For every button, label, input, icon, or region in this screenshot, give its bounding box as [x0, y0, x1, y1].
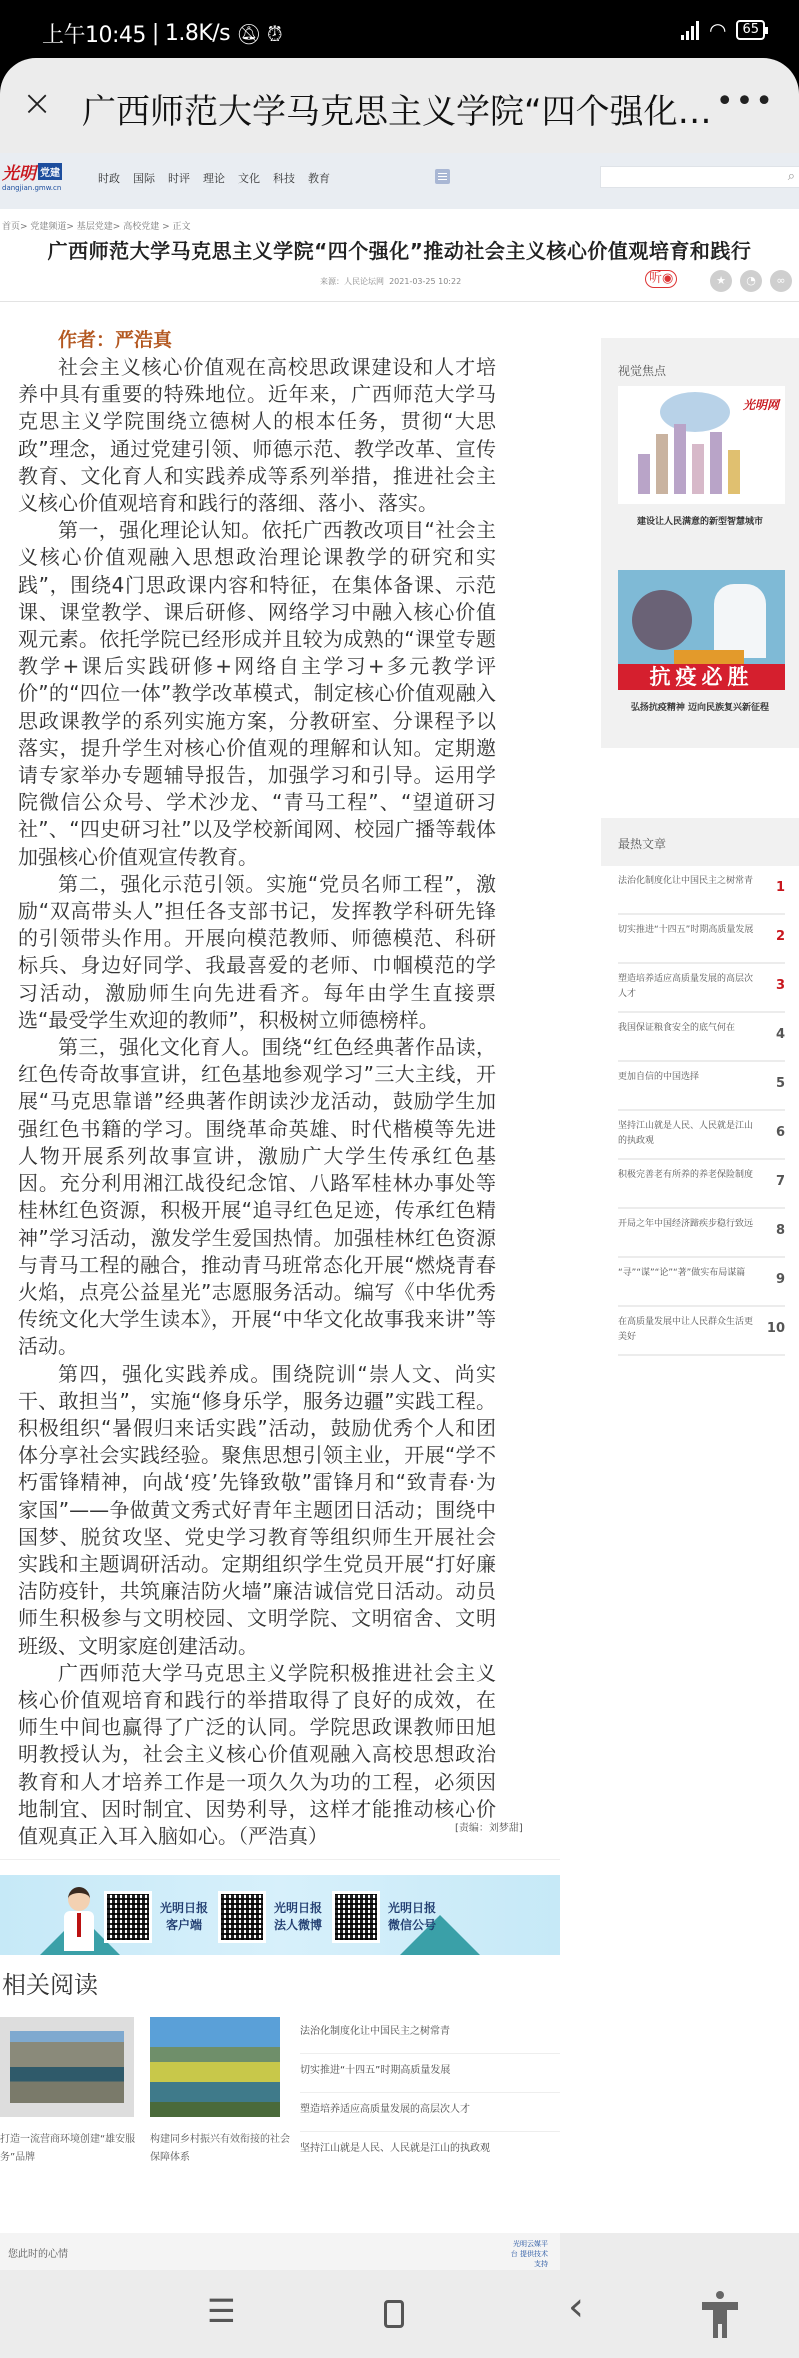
recent-apps-icon[interactable]: ☰ [207, 2292, 236, 2330]
wifi-icon: ◠ [709, 18, 726, 42]
accessibility-icon[interactable] [698, 2290, 742, 2340]
weibo-share-icon[interactable]: ∞ [770, 270, 792, 292]
back-icon[interactable]: ‹ [568, 2284, 584, 2330]
hot-rank: 1 [776, 880, 785, 895]
article-paragraph: 第一，强化理论认知。依托广西教改项目“社会主义核心价值观融入思想政治理论课教学的… [18, 517, 496, 871]
search-icon[interactable]: ⌕ [788, 169, 795, 184]
article-datetime: 2021-03-25 10:22 [389, 277, 461, 286]
signal-icon [681, 20, 699, 40]
hot-title[interactable]: 塑造培养适应高质量发展的高层次人才 [618, 972, 758, 1002]
qr-label: 光明日报 [274, 1900, 322, 1917]
qr-wechat[interactable]: 光明日报微信公号 [332, 1891, 436, 1943]
hot-rank: 3 [776, 978, 785, 993]
related-link[interactable]: 坚持江山就是人民、人民就是江山的执政观 [300, 2132, 560, 2171]
visual-focus-heading: 视觉焦点 [601, 338, 799, 379]
related-link[interactable]: 塑造培养适应高质量发展的高层次人才 [300, 2093, 560, 2132]
related-card[interactable]: 打造一流营商环境创建“雄安服务”品牌 [0, 2017, 140, 2167]
article-paragraph: 第三，强化文化育人。围绕“红色经典著作品读，红色传奇故事宣讲，红色基地参观学习”… [18, 1034, 496, 1360]
web-page: 光明 党建 dangjian.gmw.cn 时政 国际 时评 理论 文化 科技 … [0, 153, 799, 2233]
article-source: 来源：人民论坛网 [320, 277, 384, 286]
nav-item-politics[interactable]: 时政 [98, 170, 133, 186]
nav-item-international[interactable]: 国际 [133, 170, 168, 186]
hot-article[interactable]: 法治化制度化让中国民主之树常青1 [618, 866, 785, 915]
favorite-share-icon[interactable]: ★ [710, 270, 732, 292]
hot-article[interactable]: “寻”“谋”“论”“著”做实布局谋篇9 [618, 1258, 785, 1307]
browser-title: 广西师范大学马克思主义学院“四个强化… [82, 84, 712, 133]
qr-label: 光明日报 [160, 1900, 208, 1917]
related-image [0, 2017, 134, 2117]
related-link[interactable]: 法治化制度化让中国民主之树常青 [300, 2015, 560, 2054]
hot-title[interactable]: 切实推进“十四五”时期高质量发展 [618, 923, 758, 938]
hot-title[interactable]: 我国保证粮食安全的底气何在 [618, 1021, 758, 1036]
alarm-icon: ⏰︎ [267, 22, 282, 46]
listen-label: 听 [649, 271, 662, 286]
qr-code [332, 1891, 380, 1943]
related-caption[interactable]: 构建同乡村振兴有效衔接的社会保障体系 [150, 2131, 290, 2167]
article-paragraph: 第四，强化实践养成。围绕院训“崇人文、尚实干、敢担当”，实施“修身乐学，服务边疆… [18, 1361, 496, 1660]
article-editor: [责编：刘梦甜] [455, 1819, 523, 1834]
nav-item-tech[interactable]: 科技 [273, 170, 308, 186]
home-icon[interactable] [384, 2300, 404, 2328]
article-meta: 来源：人民论坛网 2021-03-25 10:22 [320, 276, 461, 287]
hot-rank: 10 [767, 1321, 785, 1336]
sidebar-visual-focus: 视觉焦点 光明网 建设让人民满意的新型智慧城市 抗疫必胜 弘扬抗疫精神 迈向民族 [601, 338, 799, 748]
hot-article[interactable]: 我国保证粮食安全的底气何在4 [618, 1013, 785, 1062]
hot-rank: 2 [776, 929, 785, 944]
listen-button[interactable]: 听◉ [645, 270, 677, 288]
battery-icon: 65 [736, 20, 765, 40]
article-paragraph: 社会主义核心价值观在高校思政课建设和人才培养中具有重要的特殊地位。近年来，广西师… [18, 354, 496, 517]
qr-banner[interactable]: 光明日报客户端 光明日报法人微博 光明日报微信公号 [0, 1875, 560, 1955]
qr-weibo[interactable]: 光明日报法人微博 [218, 1891, 322, 1943]
close-icon[interactable]: × [22, 80, 52, 128]
article-paragraph: 广西师范大学马克思主义学院积极推进社会主义核心价值观培育和践行的举措取得了良好的… [18, 1660, 496, 1850]
logo-badge: 党建 [38, 163, 62, 180]
qr-code [218, 1891, 266, 1943]
hot-rank: 8 [776, 1223, 785, 1238]
search-input[interactable]: ⌕ [600, 166, 799, 188]
related-link[interactable]: 切实推进“十四五”时期高质量发展 [300, 2054, 560, 2093]
wechat-share-icon[interactable]: ◔ [740, 270, 762, 292]
network-speed: 1.8K/s [165, 21, 230, 46]
logo-url: dangjian.gmw.cn [2, 184, 72, 192]
nav-items: 时政 国际 时评 理论 文化 科技 教育 [98, 170, 343, 186]
menu-icon[interactable] [435, 169, 450, 184]
hot-title[interactable]: 更加自信的中国选择 [618, 1070, 758, 1085]
qr-label: 光明日报 [388, 1900, 436, 1917]
hot-title[interactable]: 积极完善老有所养的养老保险制度 [618, 1168, 758, 1183]
mood-label: 您此时的心情 [8, 2245, 68, 2260]
more-icon[interactable]: ••• [716, 84, 775, 119]
mood-bar: 您此时的心情 光明云媒平台 提供技术支持 [0, 2233, 560, 2270]
browser-sheet: × 广西师范大学马克思主义学院“四个强化… ••• 光明 党建 dangjian… [0, 58, 799, 2358]
related-heading: 相关阅读 [2, 1965, 98, 2000]
nav-item-theory[interactable]: 理论 [203, 170, 238, 186]
hot-article[interactable]: 切实推进“十四五”时期高质量发展2 [618, 915, 785, 964]
hot-rank: 9 [776, 1272, 785, 1287]
hot-rank: 5 [776, 1076, 785, 1091]
qr-label: 法人微博 [274, 1917, 322, 1934]
status-bar: 上午10:45 | 1.8K/s 🔕︎ ⏰︎ ◠ 65 [0, 0, 799, 58]
related-caption[interactable]: 打造一流营商环境创建“雄安服务”品牌 [0, 2131, 140, 2167]
divider: | [152, 21, 159, 46]
hot-rank: 7 [776, 1174, 785, 1189]
related-card[interactable]: 构建同乡村振兴有效衔接的社会保障体系 [150, 2017, 290, 2167]
mascot-illustration [62, 1887, 96, 1955]
divider [0, 301, 799, 302]
hot-title[interactable]: 坚持江山就是人民、人民就是江山的执政观 [618, 1119, 758, 1149]
sidebar-hot-articles: 最热文章 法治化制度化让中国民主之树常青1 切实推进“十四五”时期高质量发展2 … [601, 818, 799, 1356]
qr-label: 微信公号 [388, 1917, 436, 1934]
nav-item-education[interactable]: 教育 [308, 170, 343, 186]
logo-text: 光明 [2, 159, 36, 184]
clock: 上午10:45 [42, 18, 146, 49]
article-author: 作者：严浩真 [18, 327, 496, 354]
image-banner-text: 抗疫必胜 [618, 664, 785, 690]
divider [0, 1859, 560, 1860]
article-paragraph: 第二，强化示范引领。实施“党员名师工程”，激励“双高带头人”担任各支部书记，发挥… [18, 871, 496, 1034]
hot-title[interactable]: “寻”“谋”“论”“著”做实布局谋篇 [618, 1266, 758, 1281]
related-image [150, 2017, 280, 2117]
system-nav-bar: ☰ ‹ [0, 2270, 799, 2358]
mute-icon: 🔕︎ [236, 22, 261, 46]
hot-article[interactable]: 更加自信的中国选择5 [618, 1062, 785, 1111]
hot-title[interactable]: 开局之年中国经济蹄疾步稳行致远 [618, 1217, 758, 1232]
hot-article[interactable]: 塑造培养适应高质量发展的高层次人才3 [618, 964, 785, 1013]
speaker-icon: ◉ [662, 271, 673, 286]
hot-title[interactable]: 法治化制度化让中国民主之树常青 [618, 874, 758, 889]
hot-title[interactable]: 在高质量发展中让人民群众生活更美好 [618, 1315, 758, 1345]
hot-article[interactable]: 坚持江山就是人民、人民就是江山的执政观6 [618, 1111, 785, 1160]
hot-rank: 6 [776, 1125, 785, 1140]
cloud-platform-logo: 光明云媒平台 提供技术支持 [508, 2239, 548, 2269]
article-title: 广西师范大学马克思主义学院“四个强化”推动社会主义核心价值观培育和践行 [0, 235, 799, 264]
image-watermark: 光明网 [743, 396, 779, 413]
focus-caption[interactable]: 建设让人民满意的新型智慧城市 [601, 514, 799, 527]
hot-article[interactable]: 开局之年中国经济蹄疾步稳行致远8 [618, 1209, 785, 1258]
qr-client-app[interactable]: 光明日报客户端 [104, 1891, 208, 1943]
hot-heading: 最热文章 [601, 818, 799, 866]
article-body: 作者：严浩真 社会主义核心价值观在高校思政课建设和人才培养中具有重要的特殊地位。… [18, 327, 496, 1850]
hot-article[interactable]: 积极完善老有所养的养老保险制度7 [618, 1160, 785, 1209]
qr-code [104, 1891, 152, 1943]
qr-label: 客户端 [160, 1917, 208, 1934]
focus-image-anti-epidemic[interactable]: 抗疫必胜 [618, 570, 785, 690]
site-nav: 光明 党建 dangjian.gmw.cn 时政 国际 时评 理论 文化 科技 … [0, 153, 799, 209]
hot-rank: 4 [776, 1027, 785, 1042]
nav-item-culture[interactable]: 文化 [238, 170, 273, 186]
nav-item-commentary[interactable]: 时评 [168, 170, 203, 186]
breadcrumb: 首页> 党建频道> 基层党建> 高校党建 > 正文 [2, 219, 190, 232]
related-list: 法治化制度化让中国民主之树常青 切实推进“十四五”时期高质量发展 塑造培养适应高… [300, 2015, 560, 2171]
browser-appbar: × 广西师范大学马克思主义学院“四个强化… ••• [0, 58, 799, 153]
hot-article[interactable]: 在高质量发展中让人民群众生活更美好10 [618, 1307, 785, 1356]
focus-image-smart-city[interactable]: 光明网 [618, 386, 785, 504]
focus-caption[interactable]: 弘扬抗疫精神 迈向民族复兴新征程 [601, 700, 799, 713]
site-logo[interactable]: 光明 党建 dangjian.gmw.cn [2, 159, 72, 192]
